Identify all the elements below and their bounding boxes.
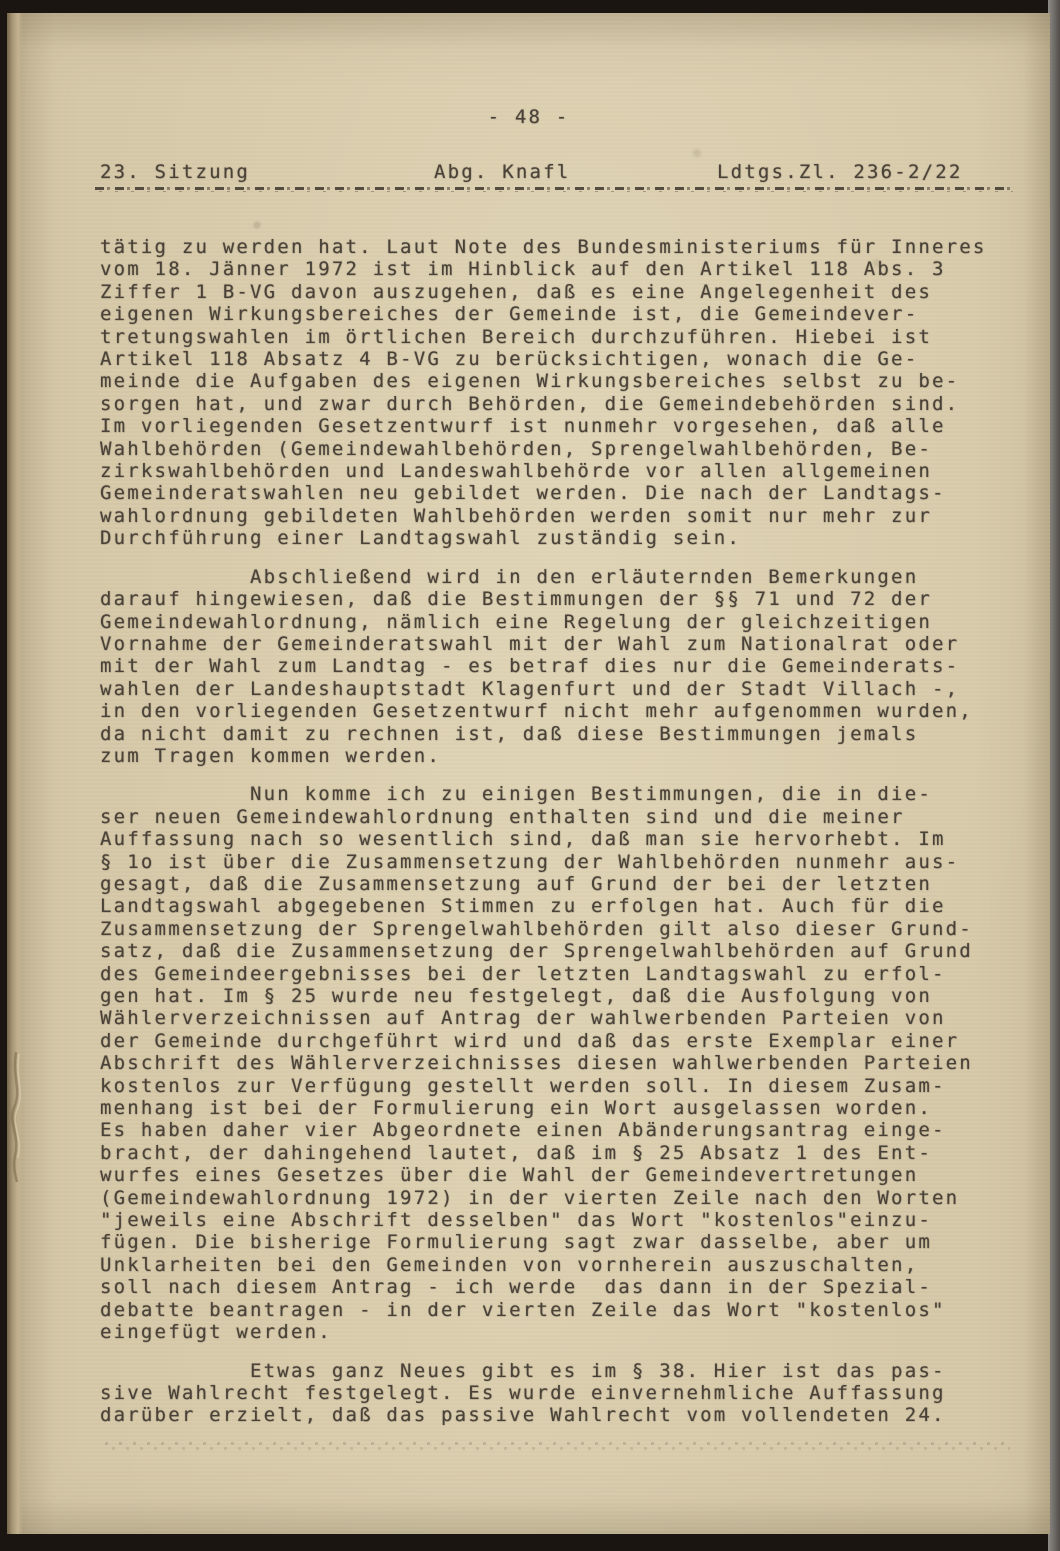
header-reference-number: Ldtgs.Zl. 236-2/22 — [717, 161, 963, 183]
page-number: - 48 - — [7, 106, 1050, 128]
paragraph: tätig zu werden hat. Laut Note des Bunde… — [100, 236, 1020, 550]
bleedthrough-dots-row — [105, 1447, 1010, 1450]
paper-crease — [2, 1052, 32, 1182]
header-session-number: 23. Sitzung — [100, 161, 250, 183]
page-header: 23. Sitzung Abg. Knafl Ldtgs.Zl. 236-2/2… — [0, 161, 1060, 185]
bleedthrough-dots — [105, 1442, 1010, 1451]
scanned-document-page: - 48 - 23. Sitzung Abg. Knafl Ldtgs.Zl. … — [0, 0, 1060, 1551]
paragraph: Etwas ganz Neues gibt es im § 38. Hier i… — [100, 1360, 1020, 1427]
paper-crease-curve — [2, 1052, 32, 1182]
paragraph: Abschließend wird in den erläuternden Be… — [100, 566, 1020, 768]
header-divider-rule — [95, 187, 1013, 192]
paragraph: Nun komme ich zu einigen Bestimmungen, d… — [100, 783, 1020, 1343]
header-speaker-name: Abg. Knafl — [434, 161, 570, 183]
bleedthrough-dots-row — [105, 1442, 1010, 1445]
document-body: tätig zu werden hat. Laut Note des Bunde… — [100, 236, 1020, 1443]
